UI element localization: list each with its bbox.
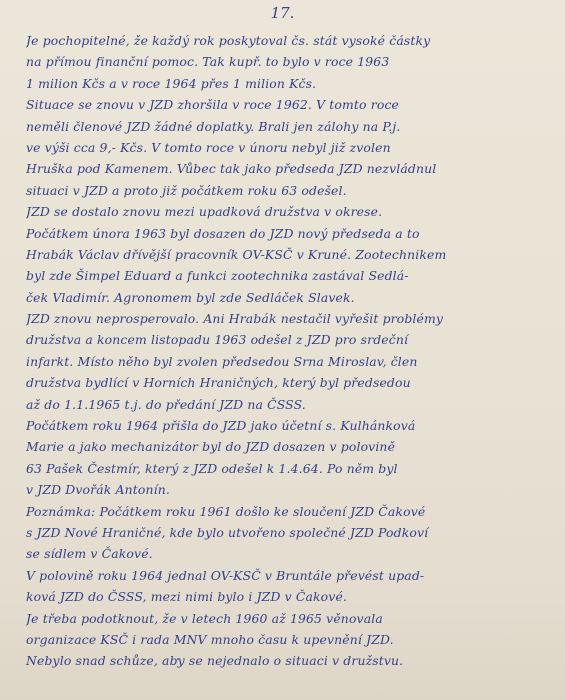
text-line: ve výši cca 9,- Kčs. V tomto roce v únor… bbox=[26, 137, 546, 158]
text-line: ková JZD do ČSSS, mezi nimi bylo i JZD v… bbox=[26, 586, 546, 607]
text-line: byl zde Šimpel Eduard a funkci zootechni… bbox=[26, 265, 546, 286]
text-line: organizace KSČ i rada MNV mnoho času k u… bbox=[26, 629, 546, 650]
text-line: Marie a jako mechanizátor byl do JZD dos… bbox=[26, 436, 546, 457]
text-line: Nebylo snad schůze, aby se nejednalo o s… bbox=[26, 650, 546, 671]
text-line: s JZD Nové Hraničné, kde bylo utvořeno s… bbox=[26, 522, 546, 543]
text-line: infarkt. Místo něho byl zvolen předsedou… bbox=[26, 351, 546, 372]
text-line: Hrabák Václav dřívější pracovník OV-KSČ … bbox=[26, 244, 546, 265]
text-line: Počátkem roku 1964 přišla do JZD jako úč… bbox=[26, 415, 546, 436]
text-line: JZD se dostalo znovu mezi upadková družs… bbox=[26, 201, 546, 222]
text-line: Je pochopitelné, že každý rok poskytoval… bbox=[26, 30, 546, 51]
text-line: Je třeba podotknout, že v letech 1960 až… bbox=[26, 608, 546, 629]
text-line: Hruška pod Kamenem. Vůbec tak jako předs… bbox=[26, 158, 546, 179]
text-line: se sídlem v Čakové. bbox=[26, 543, 546, 564]
page-number: 17. bbox=[0, 4, 565, 22]
text-line: družstva bydlící v Horních Hraničných, k… bbox=[26, 372, 546, 393]
text-line: 1 milion Kčs a v roce 1964 přes 1 milion… bbox=[26, 73, 546, 94]
text-line: JZD znovu neprosperovalo. Ani Hrabák nes… bbox=[26, 308, 546, 329]
text-line: Situace se znovu v JZD zhoršila v roce 1… bbox=[26, 94, 546, 115]
text-line: Počátkem února 1963 byl dosazen do JZD n… bbox=[26, 223, 546, 244]
text-line: v JZD Dvořák Antonín. bbox=[26, 479, 546, 500]
document-page: 17. Je pochopitelné, že každý rok poskyt… bbox=[0, 0, 565, 700]
text-line: situaci v JZD a proto již počátkem roku … bbox=[26, 180, 546, 201]
text-line: V polovině roku 1964 jednal OV-KSČ v Bru… bbox=[26, 565, 546, 586]
ink-dot-mark bbox=[177, 658, 179, 660]
text-line: Poznámka: Počátkem roku 1961 došlo ke sl… bbox=[26, 501, 546, 522]
text-line: až do 1.1.1965 t.j. do předání JZD na ČS… bbox=[26, 394, 546, 415]
text-line: družstva a koncem listopadu 1963 odešel … bbox=[26, 329, 546, 350]
text-line: neměli členové JZD žádné doplatky. Brali… bbox=[26, 116, 546, 137]
text-line: 63 Pašek Čestmír, který z JZD odešel k 1… bbox=[26, 458, 546, 479]
handwritten-text-body: Je pochopitelné, že každý rok poskytoval… bbox=[26, 30, 546, 672]
text-line: ček Vladimír. Agronomem byl zde Sedláček… bbox=[26, 287, 546, 308]
text-line: na přímou finanční pomoc. Tak kupř. to b… bbox=[26, 51, 546, 72]
